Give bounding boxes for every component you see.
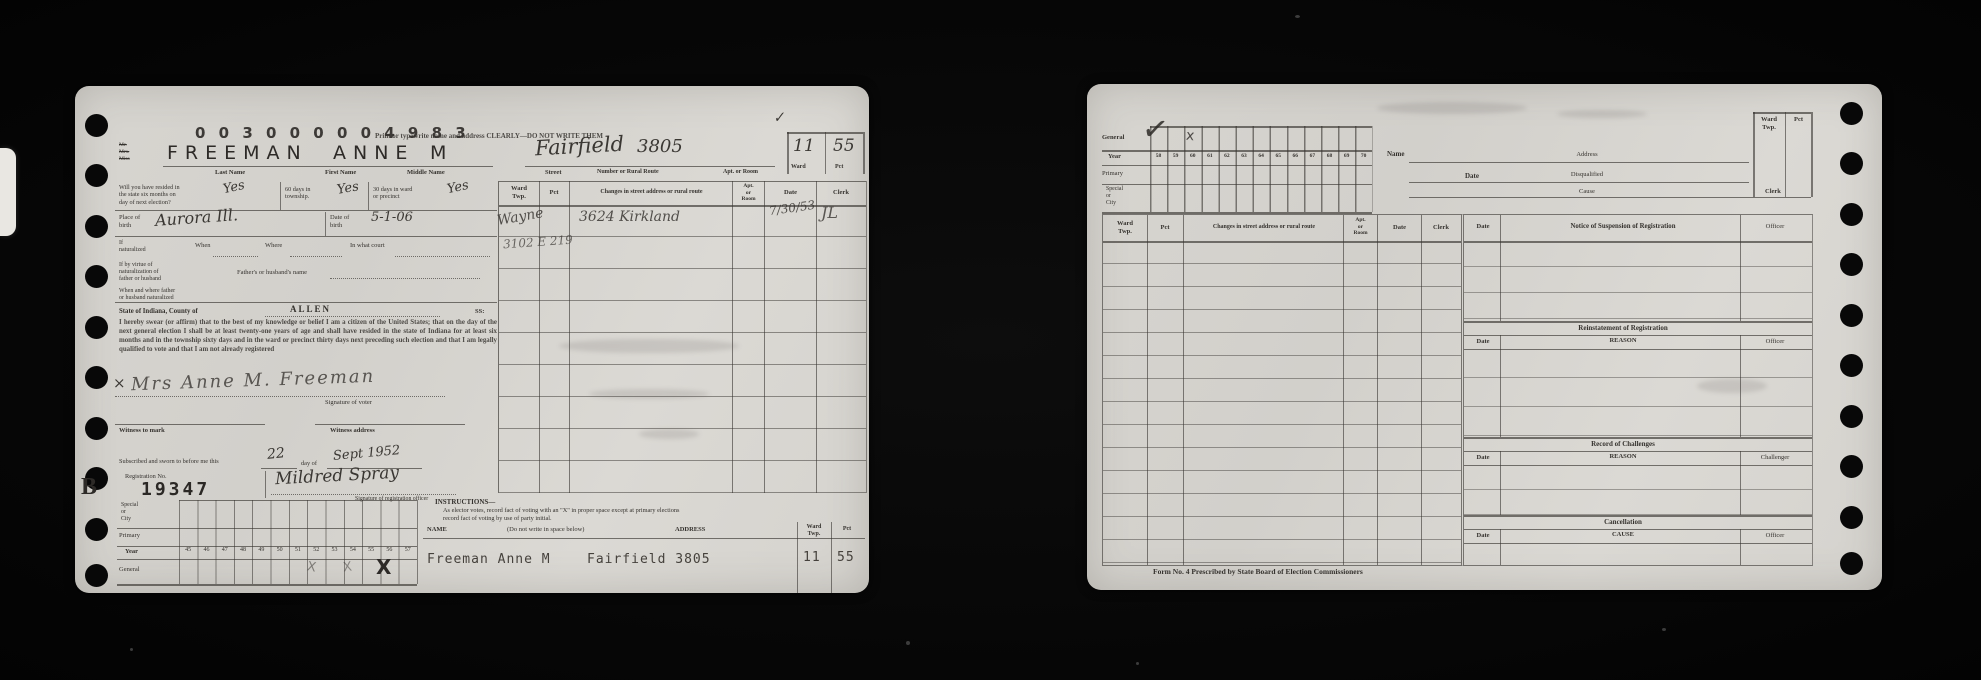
cancellation-title: Cancellation xyxy=(1506,518,1740,526)
primary-row-label: Primary xyxy=(1102,170,1123,178)
band-column-line xyxy=(1500,215,1501,321)
dust-speck xyxy=(130,648,133,651)
clerk-label: Clerk xyxy=(1765,188,1781,196)
pencil-smudge xyxy=(639,429,699,439)
date-header: Date xyxy=(1380,224,1419,232)
ward-box-top xyxy=(1753,112,1811,114)
pct-value: 55 xyxy=(833,136,855,156)
witness-address-rule xyxy=(315,424,465,425)
sworn-day-value: 22 xyxy=(266,445,285,463)
voter-signature: Mrs Anne M. Freeman xyxy=(131,366,376,396)
year-cell: 54 xyxy=(344,547,362,553)
typed-ward-label: Ward Twp. xyxy=(799,524,829,538)
punch-hole xyxy=(85,518,108,541)
registration-number: 19347 xyxy=(141,479,210,500)
suspension-officer-header: Officer xyxy=(1744,223,1806,231)
pencil-smudge xyxy=(1557,110,1647,118)
year-cell: 61 xyxy=(1201,153,1218,159)
blank-rule xyxy=(213,256,258,257)
pct-header: Pct xyxy=(1149,224,1181,232)
number-label: Number or Rural Route xyxy=(597,169,659,176)
changes-header: Changes in street address or rural route xyxy=(1187,224,1341,231)
date-label: Date xyxy=(1465,172,1479,180)
band-column-line xyxy=(1740,451,1741,515)
band-column-line xyxy=(1740,335,1741,437)
band-rows xyxy=(1464,465,1812,515)
ward-label: Ward xyxy=(791,164,806,171)
county-value: ALLEN xyxy=(290,304,331,315)
residency-township-question: 60 days in township. xyxy=(285,186,310,201)
punch-hole xyxy=(1840,253,1863,276)
changes-entry-address: 3624 Kirkland xyxy=(579,209,680,225)
cancellation-officer-header: Officer xyxy=(1744,532,1806,540)
place-of-birth-value: Aurora Ill. xyxy=(154,205,238,230)
name-baseline xyxy=(163,166,493,167)
ward-box-divider xyxy=(825,132,826,174)
punch-hole xyxy=(1840,304,1863,327)
year-numbers: 58 59 60 61 62 63 64 65 66 67 68 69 70 xyxy=(1150,153,1373,159)
ward-value: 11 xyxy=(793,136,815,156)
challenges-title: Record of Challenges xyxy=(1506,440,1740,448)
punch-hole xyxy=(1840,455,1863,478)
punch-hole xyxy=(85,564,108,587)
series-letter: B xyxy=(81,474,97,501)
row-rule xyxy=(115,236,497,237)
year-cell: 48 xyxy=(234,547,252,553)
primary-row-label: Primary xyxy=(119,532,140,540)
ss-label: SS: xyxy=(475,308,484,316)
challenges-date-header: Date xyxy=(1468,454,1498,462)
sworn-prefix: Subscribed and sworn to before me this xyxy=(119,458,219,466)
apt-header: Apt. or Room xyxy=(1346,217,1375,237)
suspension-date-header: Date xyxy=(1468,223,1498,231)
changes-grid-back: Ward Twp. Pct Changes in street address … xyxy=(1102,214,1461,566)
challenges-challenger-header: Challenger xyxy=(1742,454,1808,462)
date-of-birth-value: 5-1-06 xyxy=(371,210,413,225)
year-cell: 50 xyxy=(270,547,288,553)
apt-label: Apt. or Room xyxy=(723,169,758,176)
pencil-smudge xyxy=(1377,102,1527,114)
year-cell: 52 xyxy=(307,547,325,553)
microfilm-scan: 0 0 3 0 0 0 0 0 4 9 8 3 Print or typewri… xyxy=(0,0,1981,680)
year-cell: 60 xyxy=(1184,153,1201,159)
salutation-miss: Miss xyxy=(119,156,130,163)
middle-name-value: M xyxy=(430,142,446,164)
witness-address-label: Witness address xyxy=(330,427,375,435)
year-cell: 51 xyxy=(289,547,307,553)
band-line xyxy=(1464,335,1812,336)
residency-state-question: Will you have resided in the state six m… xyxy=(119,184,180,206)
year-row-label: Year xyxy=(125,548,138,556)
last-name-label: Last Name xyxy=(215,169,245,177)
house-number-value: 3805 xyxy=(637,136,683,157)
residency-ward-question: 30 days in ward or precinct xyxy=(373,186,412,201)
address-changes-grid: Ward Twp. Pct Changes in street address … xyxy=(498,181,867,493)
year-cell: 70 xyxy=(1355,153,1372,159)
year-cell: 67 xyxy=(1304,153,1321,159)
name-column-label: NAME xyxy=(427,526,447,534)
nat-father-label: Father's or husband's name xyxy=(237,269,307,277)
adjacent-card-edge xyxy=(0,148,16,236)
nat-where-label: Where xyxy=(265,242,282,250)
address-label: Address xyxy=(1507,151,1667,159)
question-divider xyxy=(280,182,281,210)
year-cell: 66 xyxy=(1287,153,1304,159)
year-numbers: 45 46 47 48 49 50 51 52 53 54 55 56 57 xyxy=(179,547,418,553)
if-naturalized-label: If naturalized xyxy=(119,240,146,254)
reinstatement-title: Reinstatement of Registration xyxy=(1506,324,1740,332)
ward-box-right xyxy=(1811,112,1813,197)
punch-hole xyxy=(85,366,108,389)
year-cell: 45 xyxy=(179,547,197,553)
changes-entry-clerk: JL xyxy=(821,203,838,222)
year-cell: 47 xyxy=(216,547,234,553)
vote-mark-1958: ✓ xyxy=(1139,108,1171,149)
band-column-line xyxy=(1500,451,1501,515)
voting-record-grid: Special or City Primary Year General 45 … xyxy=(117,500,417,584)
ward-header: Ward Twp. xyxy=(1105,220,1145,236)
reinstatement-officer-header: Officer xyxy=(1744,338,1806,346)
punch-hole xyxy=(85,265,108,288)
clerk-header: Clerk xyxy=(1423,224,1459,232)
name-rule xyxy=(1409,162,1749,163)
band-line xyxy=(1464,543,1812,544)
nat-court-label: In what court xyxy=(350,242,385,250)
typed-pct-label: Pct xyxy=(833,526,861,533)
registration-box-line xyxy=(265,471,266,498)
first-name-label: First Name xyxy=(325,169,356,177)
punch-hole xyxy=(1840,354,1863,377)
band-line xyxy=(1464,321,1812,323)
year-cell: 65 xyxy=(1270,153,1287,159)
street-label: Street xyxy=(545,169,561,177)
middle-name-label: Middle Name xyxy=(407,169,445,177)
address-column-label: ADDRESS xyxy=(675,526,705,534)
punch-hole xyxy=(85,114,108,137)
ward-box-divider xyxy=(1785,112,1786,197)
year-cell: 68 xyxy=(1321,153,1338,159)
grid-columns xyxy=(1150,126,1373,212)
year-row-label: Year xyxy=(1108,153,1121,161)
pencil-smudge xyxy=(589,389,709,399)
dust-speck xyxy=(1295,15,1300,18)
signature-of-voter-label: Signature of voter xyxy=(325,399,372,407)
punch-hole xyxy=(1840,506,1863,529)
special-row-label: Special or City xyxy=(1106,186,1123,207)
band-line xyxy=(1464,515,1812,517)
oath-text: I hereby swear (or affirm) that to the b… xyxy=(119,319,497,355)
street-value: Fairfield xyxy=(534,132,624,161)
year-cell: 58 xyxy=(1150,153,1167,159)
year-cell: 57 xyxy=(399,547,417,553)
ward-box-label: Ward Twp. xyxy=(1754,116,1784,132)
instructions-title: INSTRUCTIONS— xyxy=(435,498,495,506)
witness-to-mark-label: Witness to mark xyxy=(119,427,165,435)
reinstatement-date-header: Date xyxy=(1468,338,1498,346)
nat-when-label: When xyxy=(195,242,211,250)
cancellation-cause-header: CAUSE xyxy=(1506,531,1740,539)
ward-box-left xyxy=(787,132,789,174)
band-column-line xyxy=(1740,215,1741,321)
instructions-body: As elector votes, record fact of voting … xyxy=(443,507,863,522)
year-cell: 59 xyxy=(1167,153,1184,159)
grid-line xyxy=(117,584,417,586)
vote-mark-1954: X xyxy=(342,560,353,576)
cause-label: Cause xyxy=(1507,188,1667,196)
year-cell: 56 xyxy=(380,547,398,553)
blank-rule xyxy=(330,278,480,279)
residency-ward-answer: Yes xyxy=(446,178,470,197)
signature-x-mark: × xyxy=(113,374,126,392)
question-divider xyxy=(368,182,369,210)
cancellation-date-header: Date xyxy=(1468,532,1498,540)
residency-township-answer: Yes xyxy=(336,179,360,198)
salutation-mr: Mr. xyxy=(119,142,127,149)
ward-box-right xyxy=(863,132,865,174)
last-name-value: FREEMAN xyxy=(167,142,308,164)
residency-state-answer: Yes xyxy=(222,178,246,197)
punch-hole xyxy=(85,215,108,238)
typed-ward: 11 xyxy=(803,550,821,565)
name-label: Name xyxy=(1387,150,1405,158)
date-rule xyxy=(1409,182,1749,183)
year-cell: 46 xyxy=(197,547,215,553)
vote-mark-1956: X xyxy=(376,555,391,579)
registration-card-front: 0 0 3 0 0 0 0 0 4 9 8 3 Print or typewri… xyxy=(75,86,869,593)
challenges-reason-header: REASON xyxy=(1506,453,1740,461)
row-rule xyxy=(115,302,497,303)
typed-ward-box-line xyxy=(797,522,798,593)
voting-record-grid-back: General Year Primary Special or City 58 … xyxy=(1102,126,1372,212)
typed-name: Freeman Anne M xyxy=(427,552,551,567)
year-cell: 69 xyxy=(1338,153,1355,159)
reinstatement-reason-header: REASON xyxy=(1506,337,1740,345)
nat-virtue-label: If by virtue of naturalization of father… xyxy=(119,262,161,284)
year-cell: 63 xyxy=(1235,153,1252,159)
band-line xyxy=(1464,437,1812,439)
typed-ward-box-line xyxy=(831,522,832,593)
first-name-value: ANNE xyxy=(333,142,414,164)
signature-rule xyxy=(115,396,445,397)
grid-line xyxy=(499,181,866,182)
changes-date-header: Date xyxy=(767,189,814,197)
general-row-label: General xyxy=(1102,134,1124,142)
changes-ward-header: Ward Twp. xyxy=(501,185,537,201)
place-of-birth-label: Place of birth xyxy=(119,214,140,230)
punch-hole xyxy=(85,417,108,440)
typed-address: Fairfield 3805 xyxy=(587,552,711,567)
pencil-smudge xyxy=(559,339,739,353)
special-row-label: Special or City xyxy=(121,502,138,523)
form-number-footer: Form No. 4 Prescribed by State Board of … xyxy=(1153,567,1363,576)
suspension-title: Notice of Suspension of Registration xyxy=(1506,223,1740,231)
band-rows xyxy=(1464,349,1812,437)
changes-clerk-header: Clerk xyxy=(818,189,864,197)
band-line xyxy=(1464,451,1812,452)
vote-mark-1960: x xyxy=(1185,128,1195,145)
officer-signature-rule xyxy=(271,494,456,495)
year-cell: 62 xyxy=(1218,153,1235,159)
punch-hole xyxy=(1840,203,1863,226)
county-rule xyxy=(265,316,440,317)
band-column-line xyxy=(1500,529,1501,565)
disqualified-label: Disqualified xyxy=(1507,171,1667,179)
pct-box-label: Pct xyxy=(1787,116,1810,124)
nat-whenwhere-label: When and where father or husband natural… xyxy=(119,288,175,302)
officer-signature: Mildred Spray xyxy=(275,463,400,489)
year-cell: 49 xyxy=(252,547,270,553)
dust-speck xyxy=(1136,662,1139,665)
grid-rows xyxy=(1103,241,1461,565)
band-line xyxy=(1464,529,1812,530)
dust-speck xyxy=(906,641,910,645)
band-column-line xyxy=(1500,335,1501,437)
pct-label: Pct xyxy=(835,164,843,171)
address-baseline xyxy=(525,166,775,167)
salutation-mrs: Mrs. xyxy=(119,149,129,156)
date-of-birth-label: Date of birth xyxy=(330,214,349,230)
year-cell: 64 xyxy=(1253,153,1270,159)
typed-pct: 55 xyxy=(837,550,855,565)
band-rows xyxy=(1464,241,1812,321)
changes-header: Changes in street address or rural route xyxy=(573,189,730,196)
changes-apt-header: Apt. or Room xyxy=(735,183,762,203)
no-write-note: (Do not write in space below) xyxy=(507,526,584,534)
witness-rule xyxy=(115,424,265,425)
punch-hole xyxy=(1840,405,1863,428)
suspension-section: Date Notice of Suspension of Registratio… xyxy=(1461,214,1813,566)
punch-hole xyxy=(1840,552,1863,575)
blank-rule xyxy=(290,256,342,257)
registration-card-back: General Year Primary Special or City 58 … xyxy=(1087,84,1882,590)
general-row-label: General xyxy=(119,566,140,574)
blank-rule xyxy=(395,256,490,257)
sworn-date-value: Sept 1952 xyxy=(332,443,400,464)
punch-hole xyxy=(1840,102,1863,125)
year-cell: 55 xyxy=(362,547,380,553)
year-cell: 53 xyxy=(325,547,343,553)
cause-rule xyxy=(1409,197,1811,198)
dust-speck xyxy=(1662,628,1666,631)
punch-hole xyxy=(1840,152,1863,175)
county-line-prefix: State of Indiana, County of xyxy=(119,308,198,316)
punch-hole xyxy=(85,164,108,187)
check-mark: ✓ xyxy=(772,109,786,126)
question-divider xyxy=(325,212,326,236)
changes-pct-header: Pct xyxy=(541,189,567,197)
band-column-line xyxy=(1740,529,1741,565)
punch-hole xyxy=(85,316,108,339)
